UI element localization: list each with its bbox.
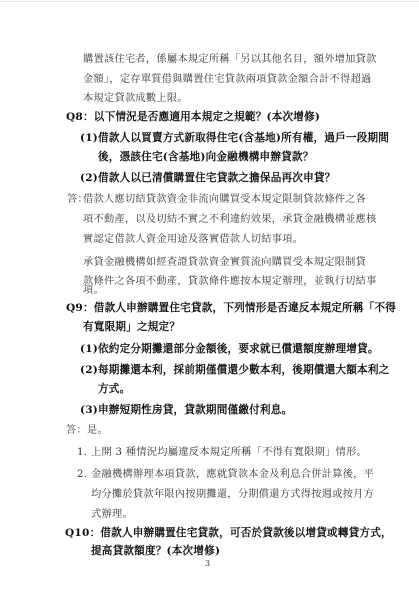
q8-item-num: (1) [80, 131, 98, 145]
q8-answer-line: 實認定借款人資金用途及落實借款人切結事項。 [83, 233, 303, 247]
q8-title: Q8：以下情況是否應適用本規定之規範？(本次增修) [66, 110, 320, 124]
q10-title: Q10：借款人申辦購置住宅貸款，可否於貸款後以增貸或轉貸方式， [65, 526, 392, 540]
q8-answer-line: 承貸金融機構如經查證貸款資金實質流向購買受本規定限制貸 [83, 256, 366, 270]
q9-item-num: (2) [80, 363, 98, 377]
q9-item-line: 依約定分期攤還部分金額後，要求就已償還額度辦理增貸。 [98, 342, 379, 356]
q9-item-num: (3) [80, 403, 98, 417]
q8-item-line: 借款人以已清償購置住宅貸款之擔保品再次申貸？ [98, 171, 335, 185]
q9-title: Q9：借款人申辦購置住宅貸款，下列情形是否違反本規定所稱「不得 [66, 301, 396, 315]
intro-line: 金額」，定存單質借與購置住宅貸款兩項貸款金額合計不得超過 [83, 73, 372, 87]
intro-line: 購置該住宅者，係屬本規定所稱「另以其他名目，額外增加貸款 [83, 53, 377, 67]
q10-title: 提高貸款額度？(本次增修) [91, 544, 220, 558]
q9-item-line: 申辦短期性房貸，貸款期間僅繳付利息。 [98, 403, 292, 417]
q9-answer-line: 式辦理。 [91, 508, 133, 522]
q8-item-line: 借款人以買賣方式新取得住宅(含基地)所有權，過戶一段期間 [98, 131, 389, 145]
q9-item-line: 方式。 [98, 382, 130, 396]
q9-answer-label: 答：是。 [66, 424, 108, 438]
q8-item-line: 後，憑該住宅(含基地)向金融機構申辦貸款？ [98, 150, 314, 164]
q9-answer-num: 1. [77, 446, 87, 460]
q9-answer-line: 均分攤於貸款年限內按期攤還，分期償還方式得按週或按月方 [91, 488, 374, 502]
q9-item-num: (1) [80, 342, 98, 356]
page-number: 3 [205, 559, 210, 568]
q9-item-line: 每期攤還本利，採前期僅償還少數本利，後期償還大額本利之 [98, 363, 389, 377]
q8-answer-line: 借款人應切結貸款資金非流向購買受本規定限制貸款條件之各 [83, 193, 366, 207]
q8-answer-line: 款條件之各項不動產，貸款條件應按本規定辦理，並執行切結事 [83, 275, 377, 289]
q9-answer-num: 2. [77, 468, 87, 482]
q9-answer-line: 上開 3 種情況均屬違反本規定所稱「不得有寬限期」情形。 [91, 446, 367, 460]
q8-answer-line: 項。 [83, 284, 104, 298]
document-page: 購置該住宅者，係屬本規定所稱「另以其他名目，額外增加貸款 金額」，定存單質借與購… [0, 0, 419, 600]
q8-answer-line: 項不動產，以及切結不實之不利違約效果，承貸金融機構並應核 [83, 213, 377, 227]
q9-answer-line: 金融機構辦理本項貸款，應就貸款本金及利息合併計算後，平 [91, 468, 374, 482]
q9-title: 有寬限期」之規定？ [83, 320, 180, 334]
intro-line: 本規定貸款成數上限。 [83, 92, 188, 106]
q8-item-num: (2) [80, 171, 98, 185]
